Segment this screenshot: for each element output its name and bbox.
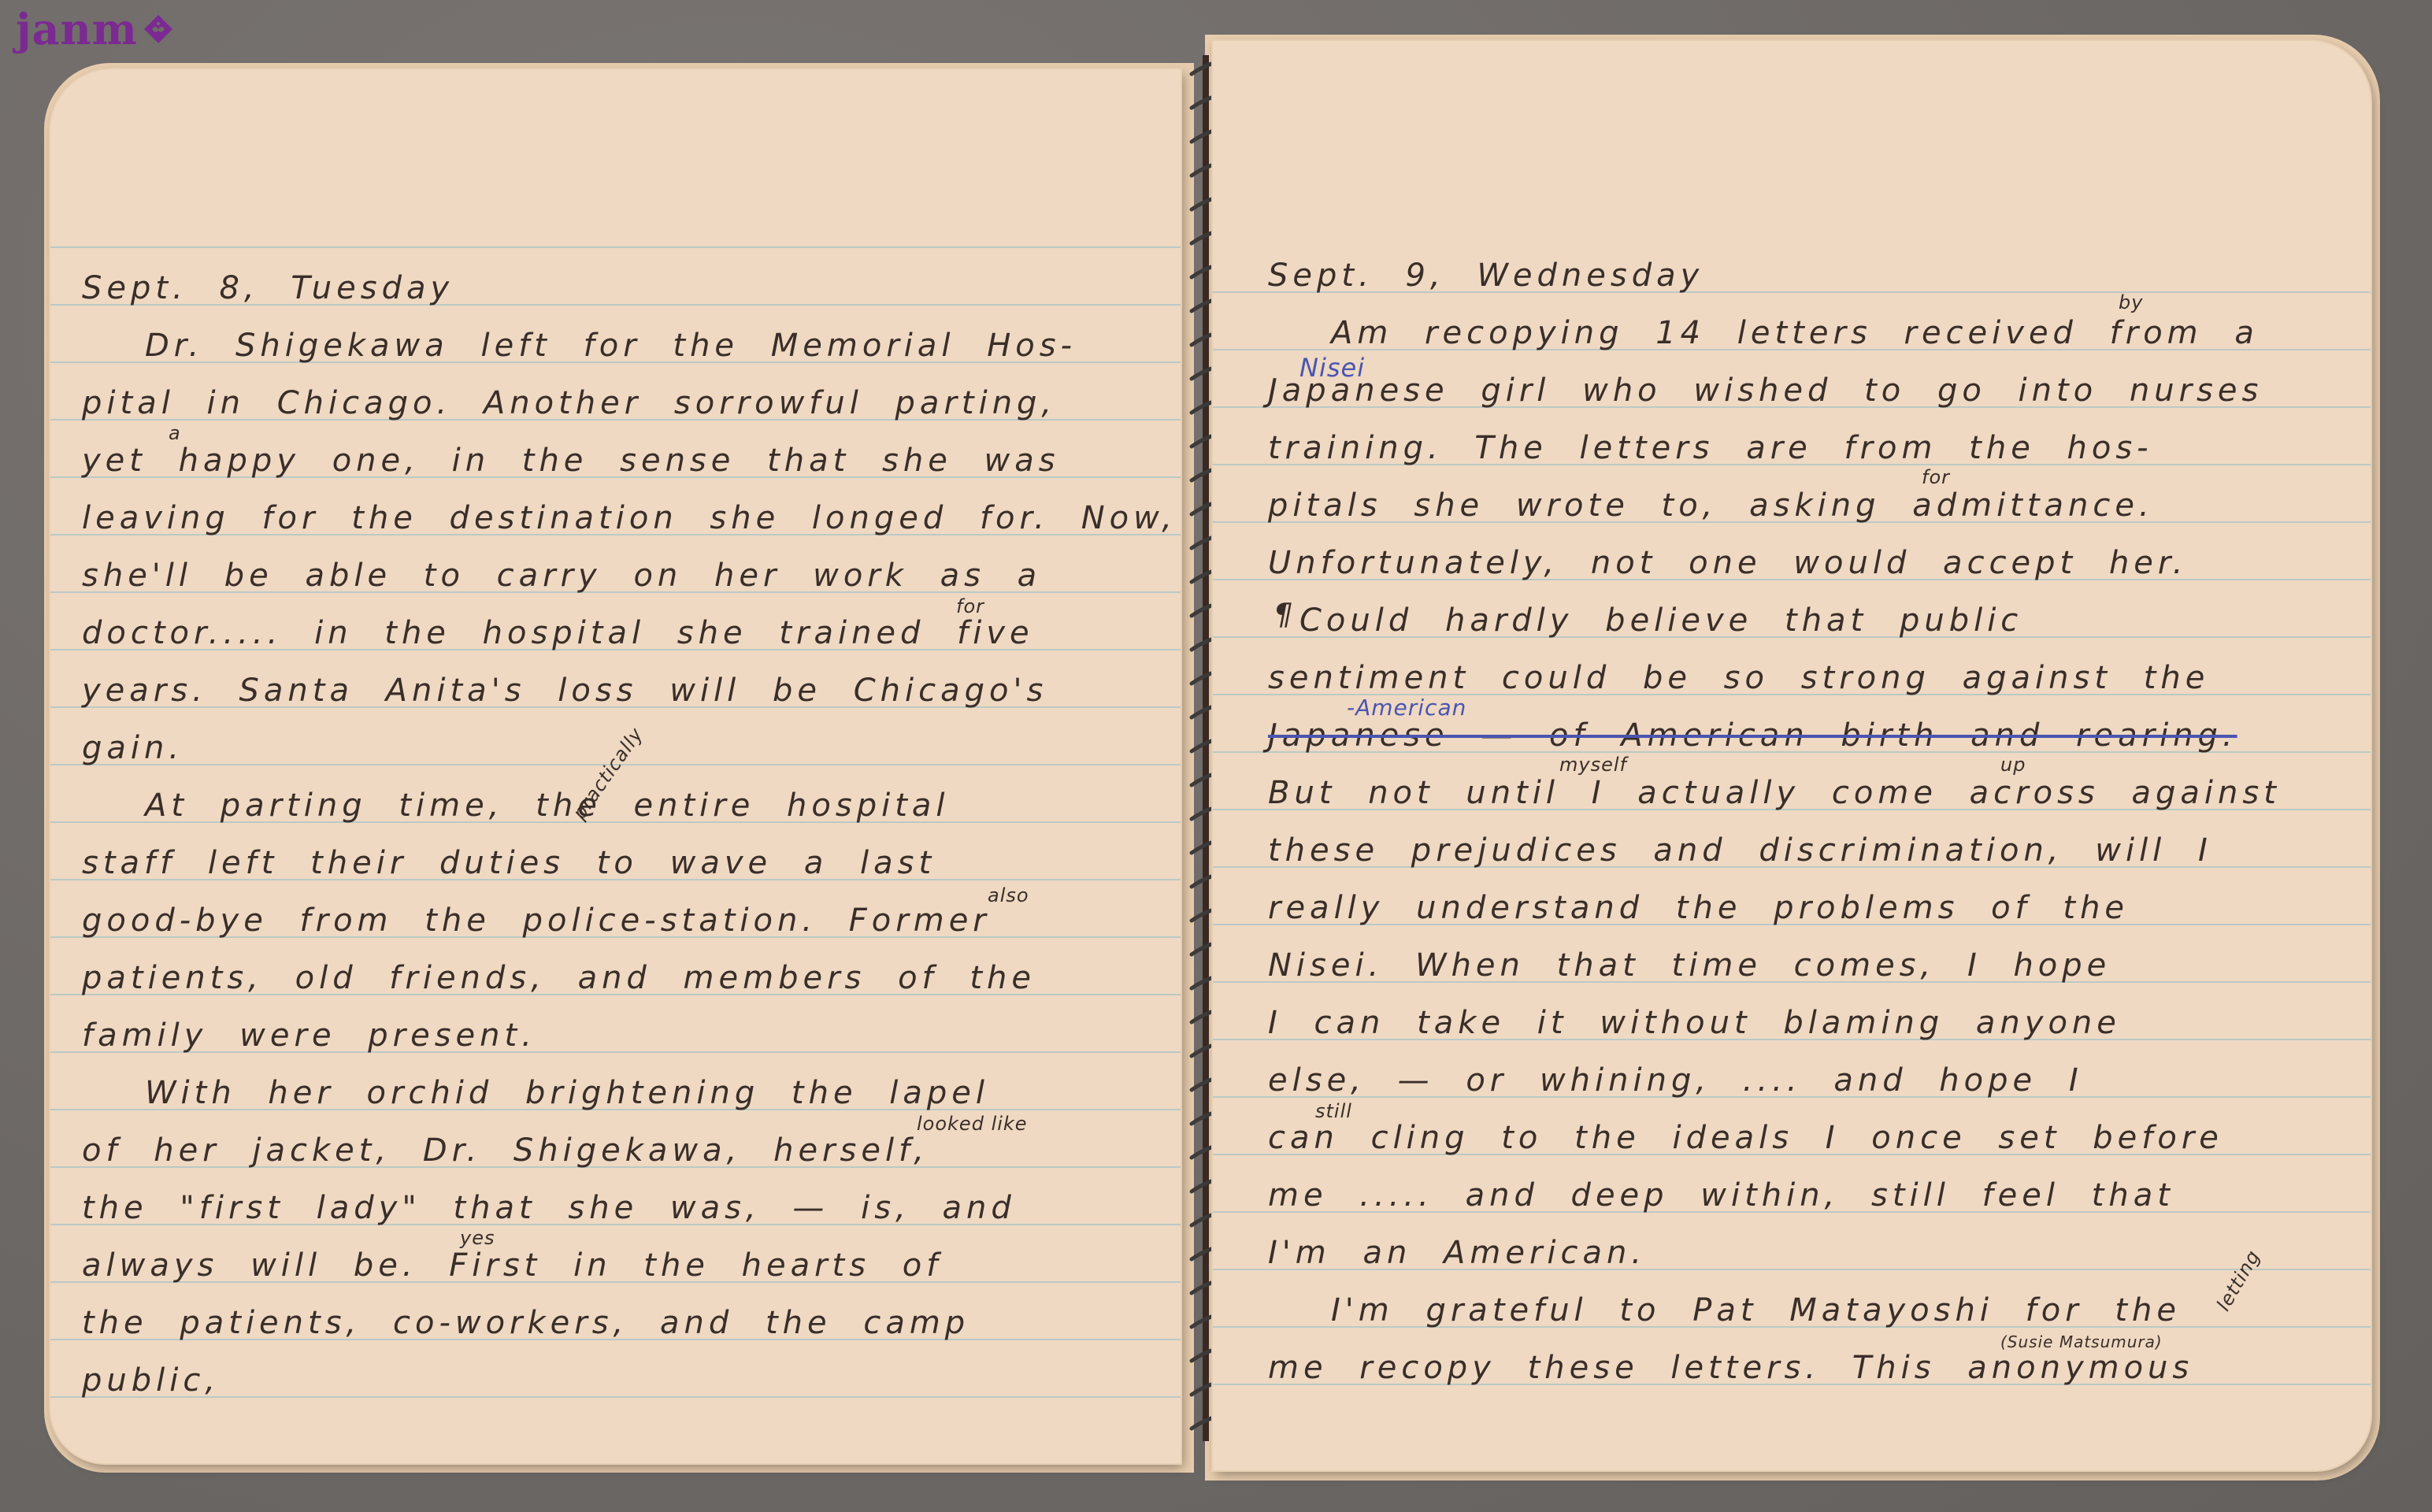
diary-line: Japanese — of American birth and rearing… <box>1268 717 2237 754</box>
handwritten-insertion: up <box>2000 754 2026 776</box>
diary-line: Could hardly believe that public <box>1299 602 2022 639</box>
ruled-line <box>50 1396 1181 1398</box>
diary-date-heading: Sept. 9, Wednesday <box>1268 258 1704 294</box>
diary-line: always will be. First in the hearts of <box>82 1247 942 1284</box>
diary-line: me recopy these letters. This anonymous <box>1268 1350 2193 1386</box>
diary-line: Am recopying 14 letters received from a <box>1331 315 2259 351</box>
handwritten-insertion: letting <box>2212 1246 2264 1314</box>
janm-logo: janm <box>16 8 174 50</box>
diary-line: training. The letters are from the hos- <box>1268 430 2153 466</box>
diary-line: I'm grateful to Pat Matayoshi for the <box>1331 1292 2181 1329</box>
diary-line: Nisei. When that time comes, I hope <box>1268 947 2111 984</box>
diary-line: I can take it without blaming anyone <box>1268 1005 2121 1041</box>
diary-line: yet happy one, in the sense that she was <box>82 443 1060 479</box>
diary-line: staff left their duties to wave a last <box>82 845 936 881</box>
diary-line: else, — or whining, .... and hope I <box>1268 1062 2083 1099</box>
handwritten-insertion: (Susie Matsumura) <box>2000 1332 2163 1351</box>
handwritten-insertion-blue: Nisei <box>1299 353 1365 383</box>
diary-line: family were present. <box>82 1017 536 1054</box>
diary-line: Dr. Shigekawa left for the Memorial Hos- <box>145 328 1077 364</box>
handwritten-insertion-blue: -American <box>1347 695 1466 721</box>
diary-line: doctor..... in the hospital she trained … <box>82 615 1034 651</box>
diary-line: good-bye from the police-station. Former <box>82 902 991 939</box>
diary-line: really understand the problems of the <box>1268 890 2129 926</box>
diary-line: years. Santa Anita's loss will be Chicag… <box>82 673 1047 709</box>
handwritten-insertion: by <box>2119 291 2143 313</box>
handwritten-insertion: still <box>1315 1100 1352 1122</box>
diary-line: I'm an American. <box>1268 1235 1646 1271</box>
handwritten-insertion: looked like <box>917 1113 1028 1135</box>
diary-line: Unfortunately, not one would accept her. <box>1268 545 2187 581</box>
diary-line: public, <box>82 1362 220 1399</box>
diary-line: me ..... and deep within, still feel tha… <box>1268 1177 2174 1214</box>
ruled-line <box>50 246 1181 248</box>
diary-line: she'll be able to carry on her work as a <box>82 558 1041 594</box>
diary-line: At parting time, the entire hospital <box>145 787 950 824</box>
handwritten-insertion: myself <box>1559 754 1627 776</box>
logo-text: janm <box>16 8 138 50</box>
diary-line: But not until I actually come across aga… <box>1268 775 2281 811</box>
left-notebook-page: Sept. 8, Tuesday Dr. Shigekawa left for … <box>50 69 1181 1463</box>
diary-line: can cling to the ideals I once set befor… <box>1268 1120 2223 1156</box>
handwritten-insertion: also <box>988 884 1029 906</box>
paragraph-mark: ¶ <box>1274 597 1294 632</box>
diary-line: pital in Chicago. Another sorrowful part… <box>82 385 1056 421</box>
handwritten-insertion: yes <box>460 1227 495 1249</box>
right-notebook-page: Sept. 9, Wednesday Am recopying 14 lette… <box>1213 41 2371 1470</box>
diary-line: pitals she wrote to, asking admittance. <box>1268 487 2154 524</box>
diary-line: Japanese girl who wished to go into nurs… <box>1268 372 2263 409</box>
diary-line: patients, old friends, and members of th… <box>82 960 1036 996</box>
diary-line: these prejudices and discrimination, wil… <box>1268 832 2212 869</box>
diary-date-heading: Sept. 8, Tuesday <box>82 270 454 306</box>
diary-line: gain. <box>82 730 184 766</box>
diary-line: sentiment could be so strong against the <box>1268 660 2209 696</box>
diary-line: the patients, co-workers, and the camp <box>82 1305 969 1341</box>
diary-line: leaving for the destination she longed f… <box>82 500 1177 536</box>
handwritten-insertion: for <box>956 595 984 617</box>
diary-line: With her orchid brightening the lapel <box>145 1075 989 1111</box>
handwritten-insertion: for <box>1922 466 1950 488</box>
handwritten-insertion: a <box>169 422 181 444</box>
diary-line: the "first lady" that she was, — is, and <box>82 1190 1016 1226</box>
diary-line: of her jacket, Dr. Shigekawa, herself, <box>82 1132 929 1169</box>
janm-crest-diamond-icon <box>143 13 174 45</box>
